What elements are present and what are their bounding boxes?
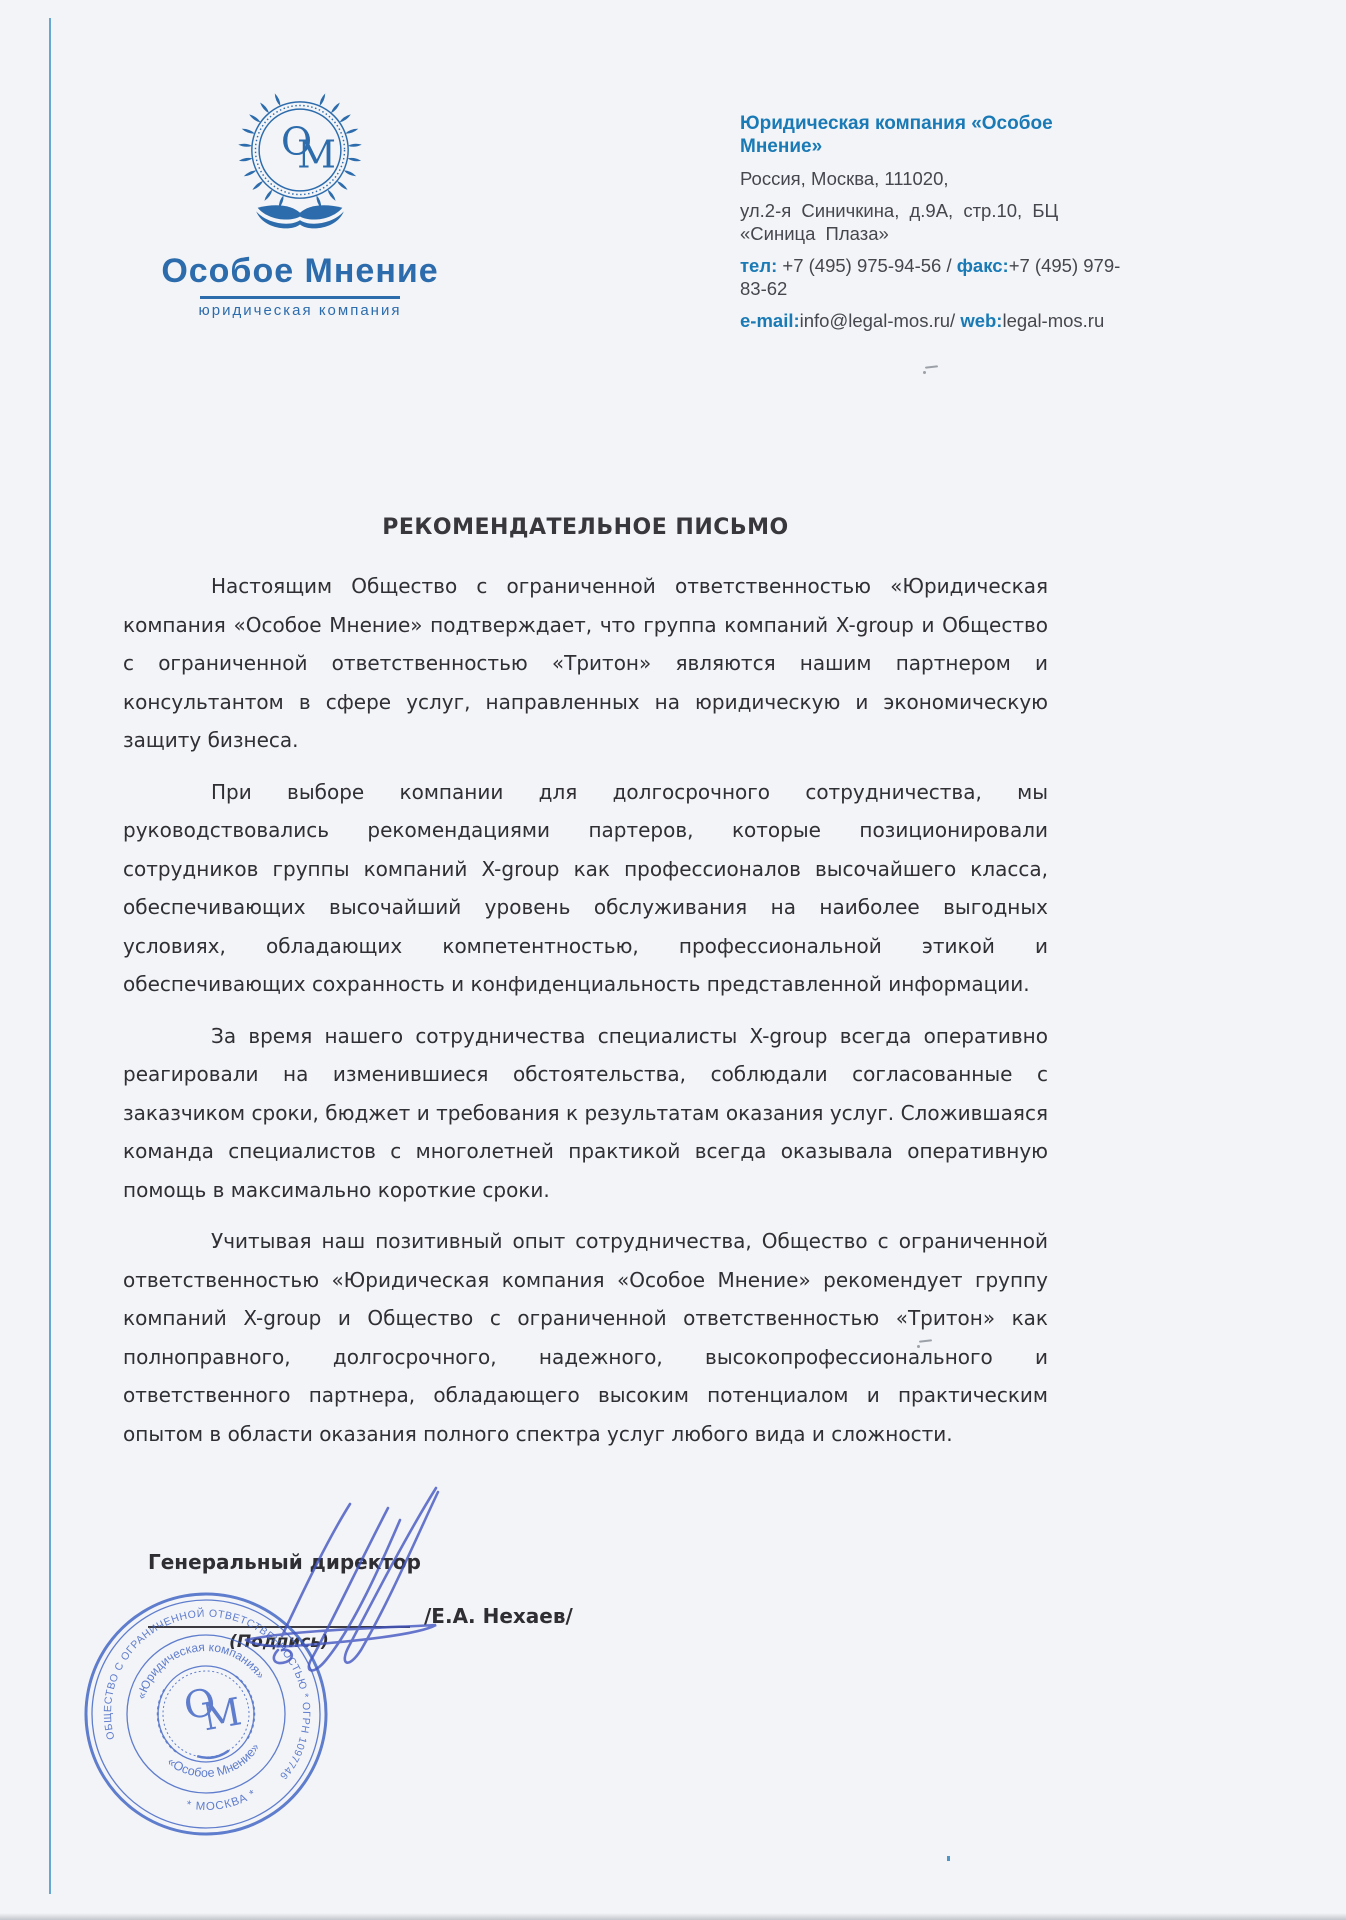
fax-label: факс:: [957, 255, 1009, 276]
letterhead-email-line: e-mail:info@legal-mos.ru/ web:legal-mos.…: [740, 309, 1140, 332]
speck-dot: [923, 371, 926, 374]
letterhead-phone-line: тел: +7 (495) 975-94-56 / факс:+7 (495) …: [740, 254, 1140, 300]
letter-content: РЕКОМЕНДАТЕЛЬНОЕ ПИСЬМО Настоящим Общест…: [123, 515, 1048, 1466]
web-label: web:: [960, 310, 1002, 331]
letter-paragraph-4: Учитывая наш позитивный опыт сотрудничес…: [123, 1222, 1048, 1453]
letterhead-contact-block: Юридическая компания «Особое Мнение» Рос…: [740, 112, 1140, 341]
letter-title: РЕКОМЕНДАТЕЛЬНОЕ ПИСЬМО: [123, 515, 1048, 540]
open-book-icon: [256, 205, 344, 228]
letterhead-address-line1: Россия, Москва, 111020,: [740, 167, 1140, 190]
scanned-letter-page: О М Особое Мнение юридическая компания Ю…: [0, 0, 1346, 1920]
letter-paragraph-3: За время нашего сотрудничества специалис…: [123, 1017, 1048, 1210]
handwritten-signature: [230, 1478, 450, 1688]
web-value: legal-mos.ru: [1002, 310, 1104, 331]
stamp-inner-bottom-text: «Особое Мнение»: [163, 1739, 266, 1788]
logo-caption: юридическая компания: [125, 302, 475, 319]
logo-monogram: О М: [281, 119, 336, 176]
scan-speck: [925, 366, 938, 374]
stamp-inner-bottom-textpath: «Особое Мнение»: [163, 1739, 266, 1788]
letter-paragraph-2: При выборе компании для долгосрочного со…: [123, 773, 1048, 1004]
speck-bar: [925, 365, 938, 368]
letter-paragraph-1: Настоящим Общество с ограниченной ответс…: [123, 567, 1048, 760]
monogram-letter-m: М: [297, 133, 336, 177]
company-logo-block: О М Особое Мнение юридическая компания: [125, 90, 475, 319]
laurel-logo-icon: О М: [227, 90, 373, 248]
scanner-streak-line: [49, 18, 51, 1894]
stamp-monogram-m: М: [199, 1689, 245, 1739]
letterhead-company-name: Юридическая компания «Особое Мнение»: [740, 112, 1140, 158]
email-label: e-mail:: [740, 310, 800, 331]
phone-value: +7 (495) 975-94-56 /: [777, 255, 956, 276]
letterhead-address-line2: ул.2-я Синичкина, д.9А, стр.10, БЦ «Сини…: [740, 199, 1140, 245]
phone-label: тел:: [740, 255, 777, 276]
logo-divider: [200, 296, 400, 299]
email-value: info@legal-mos.ru/: [800, 310, 961, 331]
scan-ink-dot: [947, 1856, 950, 1861]
logo-company-name: Особое Мнение: [125, 252, 475, 291]
